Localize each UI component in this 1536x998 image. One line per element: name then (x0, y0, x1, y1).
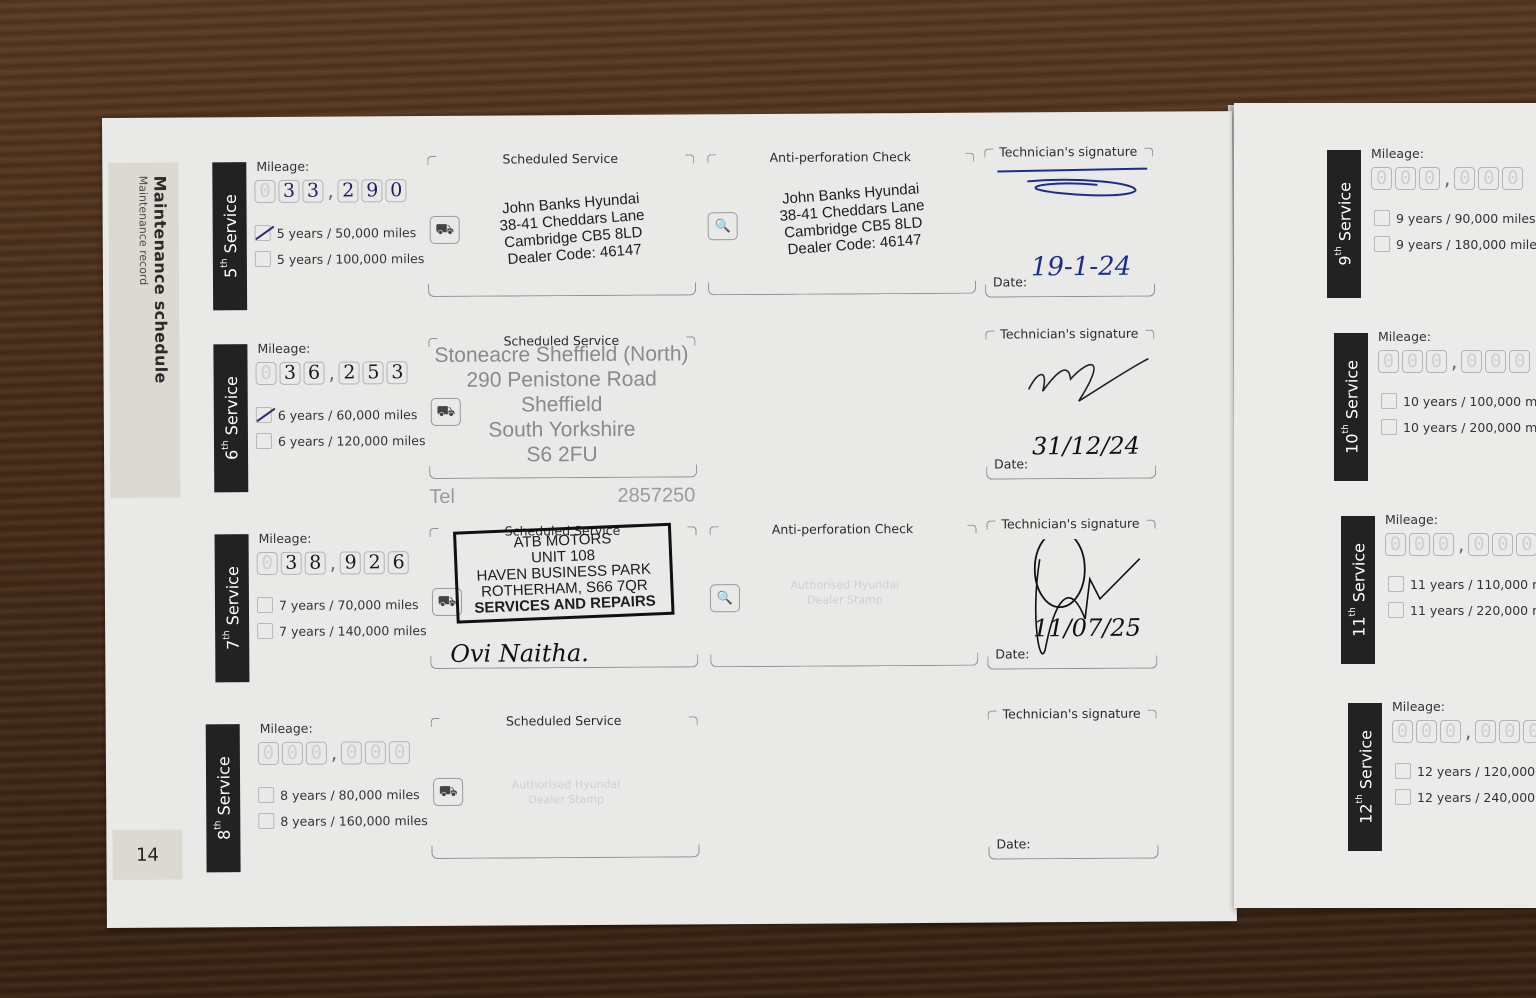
checkbox[interactable] (255, 225, 271, 241)
anti-perforation-box-frame (708, 281, 976, 296)
checkbox[interactable] (257, 623, 273, 639)
service-rows: 5th ServiceMileage:033,2905 years / 50,0… (102, 111, 1232, 118)
service-label: 9th Service (1334, 182, 1354, 266)
mileage-digit[interactable]: 0 (1509, 350, 1530, 373)
interval-option-label: 8 years / 160,000 miles (280, 813, 428, 829)
service-row-8: 8th ServiceMileage:000,0008 years / 80,0… (105, 673, 1236, 860)
technician-signature-box-title: Technician's signature (988, 706, 1156, 722)
anti-perforation-box-title: Anti-perforation Check (707, 149, 973, 166)
mileage-digit[interactable]: 0 (1454, 167, 1475, 190)
mileage-digit[interactable]: 0 (258, 741, 279, 764)
technician-signature-box-title: Technician's signature (985, 326, 1153, 342)
dealer-stamp-line: 290 Penistone Road (422, 366, 702, 393)
mileage-digit[interactable]: 0 (1378, 350, 1399, 373)
mileage-digit[interactable]: 0 (1395, 167, 1416, 190)
mileage-field[interactable]: 038,926 (257, 550, 410, 575)
mileage-digit[interactable]: 9 (340, 551, 361, 574)
car-lift-icon: ⛟ (430, 216, 460, 244)
interval-option-label: 6 years / 60,000 miles (278, 407, 418, 423)
mileage-comma: , (1451, 349, 1457, 373)
service-label-tab: 10th Service (1334, 333, 1368, 481)
interval-option[interactable]: 5 years / 100,000 miles (255, 250, 425, 267)
mileage-digit[interactable]: 6 (303, 361, 324, 384)
interval-option-label: 6 years / 120,000 miles (278, 433, 426, 449)
mileage-digit[interactable]: 0 (365, 741, 386, 764)
scheduled-service-box-title: Scheduled Service (427, 150, 693, 167)
mileage-digit[interactable]: 0 (1475, 720, 1496, 743)
service-label-tab: 5th Service (212, 162, 247, 310)
mileage-label: Mileage: (1392, 699, 1445, 714)
mileage-comma: , (1444, 166, 1450, 190)
mileage-comma: , (1465, 719, 1471, 743)
mileage-digit[interactable]: 0 (1478, 167, 1499, 190)
service-row-5: 5th ServiceMileage:033,2905 years / 50,0… (102, 111, 1233, 298)
technician-signature (997, 167, 1147, 228)
technician-signature (1000, 539, 1150, 600)
interval-option[interactable]: 6 years / 60,000 miles (256, 406, 418, 423)
interval-option[interactable]: 5 years / 50,000 miles (255, 224, 417, 241)
mileage-field[interactable]: 000,000 (1385, 532, 1536, 556)
mileage-label: Mileage: (259, 531, 312, 546)
mileage-digit[interactable]: 3 (281, 551, 302, 574)
mileage-digit[interactable]: 6 (388, 551, 409, 574)
service-row-9: 9th ServiceMileage:000,0009 years / 90,0… (1234, 150, 1536, 330)
dealer-stamp-line: South Yorkshire (422, 416, 702, 443)
checkbox[interactable] (1381, 393, 1397, 409)
mileage-digit[interactable]: 9 (362, 179, 383, 202)
technician-signature-box-title: Technician's signature (986, 516, 1154, 532)
checkbox[interactable] (255, 251, 271, 267)
mileage-digit[interactable]: 0 (1392, 720, 1413, 743)
mileage-digit[interactable]: 0 (389, 741, 410, 764)
service-label: 5th Service (219, 194, 240, 278)
dealer-stamp-line: S6 2FU (422, 441, 702, 468)
mileage-field[interactable]: 000,000 (1371, 166, 1523, 190)
mileage-digit[interactable]: 0 (257, 551, 278, 574)
date-value: 19-1-24 (1031, 252, 1131, 283)
checkbox[interactable] (1388, 576, 1404, 592)
dealer-stamp-line: Stoneacre Sheffield (North) (421, 341, 701, 368)
mileage-label: Mileage: (260, 721, 313, 736)
interval-option-label: 5 years / 50,000 miles (277, 225, 417, 241)
mileage-digit[interactable]: 3 (278, 179, 299, 202)
interval-option-label: 12 years / 120,000 miles (1417, 764, 1536, 779)
mileage-digit[interactable]: 0 (1523, 720, 1536, 743)
interval-option-label: 5 years / 100,000 miles (277, 251, 425, 267)
interval-option-label: 9 years / 90,000 miles (1396, 211, 1536, 226)
interval-option[interactable]: 10 years / 100,000 miles (1381, 393, 1536, 409)
service-label: 6th Service (220, 376, 241, 460)
mileage-digit[interactable]: 3 (302, 179, 323, 202)
mileage-field[interactable]: 000,000 (1378, 349, 1530, 373)
car-lift-icon: ⛟ (433, 778, 463, 806)
mileage-digit[interactable]: 2 (338, 179, 359, 202)
mileage-digit[interactable]: 3 (387, 361, 408, 384)
checkbox[interactable] (258, 787, 274, 803)
scheduled-service-box-frame (431, 844, 699, 859)
date-value: 31/12/24 (1032, 432, 1140, 461)
mileage-field[interactable]: 033,290 (254, 178, 407, 203)
interval-option-label: 8 years / 80,000 miles (280, 787, 420, 803)
service-row-10: 10th ServiceMileage:000,00010 years / 10… (1234, 333, 1536, 513)
dealer-stamp-line: Sheffield (422, 391, 702, 418)
technician-signature-box-title: Technician's signature (984, 144, 1152, 160)
service-label: 11th Service (1348, 543, 1368, 637)
interval-option[interactable]: 7 years / 70,000 miles (257, 596, 419, 613)
mileage-digit[interactable]: 0 (1502, 167, 1523, 190)
scheduled-service-box-frame (428, 282, 696, 297)
service-row-11: 11th ServiceMileage:000,00011 years / 11… (1234, 516, 1536, 696)
mileage-field[interactable]: 000,000 (258, 740, 411, 765)
checkbox[interactable] (1395, 763, 1411, 779)
interval-option-label: 11 years / 220,000 miles (1410, 603, 1536, 618)
mileage-digit[interactable]: 0 (1385, 533, 1406, 556)
mileage-comma: , (330, 551, 337, 575)
interval-option[interactable]: 12 years / 240,000 miles (1395, 789, 1536, 805)
mileage-comma: , (328, 361, 335, 385)
mileage-digit[interactable]: 0 (1419, 167, 1440, 190)
mileage-digit[interactable]: 0 (1409, 533, 1430, 556)
anti-perforation-stamp: John Banks Hyundai38-41 Cheddars LaneCam… (740, 177, 965, 261)
dealer-stamp: Stoneacre Sheffield (North)290 Penistone… (421, 341, 702, 468)
date-label: Date: (996, 836, 1030, 851)
checkbox[interactable] (1395, 789, 1411, 805)
mileage-comma: , (1458, 532, 1464, 556)
interval-option[interactable]: 7 years / 140,000 miles (257, 622, 427, 639)
service-row-7: 7th ServiceMileage:038,9267 years / 70,0… (104, 483, 1235, 670)
mileage-digit[interactable]: 0 (254, 179, 275, 202)
mileage-digit[interactable]: 0 (1499, 720, 1520, 743)
mileage-label: Mileage: (256, 159, 309, 174)
service-row-12: 12th ServiceMileage:000,00012 years / 12… (1234, 703, 1536, 883)
checkbox[interactable] (256, 433, 272, 449)
interval-option-label: 11 years / 110,000 miles (1410, 577, 1536, 592)
service-label-tab: 8th Service (206, 724, 241, 872)
interval-option-label: 10 years / 100,000 miles (1403, 394, 1536, 409)
mileage-digit[interactable]: 0 (1426, 350, 1447, 373)
mileage-digit[interactable]: 0 (1485, 350, 1506, 373)
magnifier-icon: 🔍 (708, 212, 738, 240)
mileage-digit[interactable]: 0 (255, 361, 276, 384)
mileage-digit[interactable]: 2 (364, 551, 385, 574)
scheduled-service-box-title: Scheduled Service (431, 712, 697, 729)
interval-option-label: 12 years / 240,000 miles (1417, 790, 1536, 805)
date-label: Date: (994, 456, 1028, 471)
mileage-comma: , (327, 179, 334, 203)
left-page: Maintenance schedule Maintenance record … (102, 111, 1237, 928)
mileage-digit[interactable]: 0 (386, 179, 407, 202)
mileage-digit[interactable]: 5 (363, 361, 384, 384)
stamp-placeholder: Authorised HyundaiDealer Stamp (765, 577, 925, 608)
service-label-tab: 7th Service (215, 534, 250, 682)
mileage-label: Mileage: (257, 341, 310, 356)
mileage-digit[interactable]: 0 (282, 741, 303, 764)
mileage-digit[interactable]: 0 (1516, 533, 1536, 556)
mileage-digit[interactable]: 0 (1468, 533, 1489, 556)
mileage-digit[interactable]: 0 (1461, 350, 1482, 373)
dealer-stamp: John Banks Hyundai38-41 Cheddars LaneCam… (460, 187, 685, 271)
interval-option[interactable]: 8 years / 160,000 miles (258, 812, 428, 829)
magnifier-icon: 🔍 (710, 584, 740, 612)
service-label: 10th Service (1341, 360, 1361, 454)
mileage-label: Mileage: (1378, 329, 1431, 344)
service-label-tab: 6th Service (213, 344, 248, 492)
service-label: 12th Service (1355, 730, 1375, 824)
mileage-digit[interactable]: 0 (1371, 167, 1392, 190)
mileage-digit[interactable]: 0 (1433, 533, 1454, 556)
date-label: Date: (993, 274, 1027, 289)
anti-perforation-box-title: Anti-perforation Check (709, 521, 975, 538)
service-label-tab: 12th Service (1348, 703, 1382, 851)
interval-option[interactable]: 9 years / 90,000 miles (1374, 210, 1536, 226)
mileage-digit[interactable]: 8 (305, 551, 326, 574)
interval-option[interactable]: 6 years / 120,000 miles (256, 432, 426, 449)
interval-option[interactable]: 10 years / 200,000 miles (1381, 419, 1536, 435)
interval-option-label: 7 years / 70,000 miles (279, 597, 419, 613)
checkbox[interactable] (1374, 210, 1390, 226)
service-row-6: 6th ServiceMileage:036,2536 years / 60,0… (103, 293, 1234, 480)
mileage-digit[interactable]: 0 (306, 741, 327, 764)
checkbox[interactable] (258, 813, 274, 829)
technician-signature (998, 349, 1148, 410)
checkbox[interactable] (257, 597, 273, 613)
mileage-label: Mileage: (1371, 146, 1424, 161)
service-label: 8th Service (213, 756, 234, 840)
stamp-placeholder: Authorised HyundaiDealer Stamp (486, 777, 646, 808)
interval-option[interactable]: 11 years / 220,000 miles (1388, 602, 1536, 618)
service-label-tab: 9th Service (1327, 150, 1361, 298)
interval-option-label: 7 years / 140,000 miles (279, 623, 427, 639)
service-label: 7th Service (222, 566, 243, 650)
mileage-digit[interactable]: 0 (1492, 533, 1513, 556)
mileage-field[interactable]: 036,253 (255, 360, 408, 385)
checkbox[interactable] (1388, 602, 1404, 618)
technician-handwriting: Ovi Naitha. (450, 639, 589, 668)
mileage-digit[interactable]: 0 (1402, 350, 1423, 373)
interval-option[interactable]: 9 years / 180,000 miles (1374, 236, 1536, 252)
mileage-digit[interactable]: 2 (339, 361, 360, 384)
checkbox[interactable] (1381, 419, 1397, 435)
mileage-digit[interactable]: 0 (341, 741, 362, 764)
interval-option[interactable]: 8 years / 80,000 miles (258, 786, 420, 803)
mileage-comma: , (331, 741, 338, 765)
mileage-digit[interactable]: 3 (279, 361, 300, 384)
dealer-stamp: ATB MOTORSUNIT 108HAVEN BUSINESS PARKROT… (453, 523, 675, 624)
interval-option-label: 9 years / 180,000 miles (1396, 237, 1536, 252)
interval-option[interactable]: 12 years / 120,000 miles (1395, 763, 1536, 779)
interval-option-label: 10 years / 200,000 miles (1403, 420, 1536, 435)
anti-perforation-box-frame (710, 653, 978, 668)
service-label-tab: 11th Service (1341, 516, 1375, 664)
mileage-digit[interactable]: 0 (1440, 720, 1461, 743)
checkbox[interactable] (256, 407, 272, 423)
interval-option[interactable]: 11 years / 110,000 miles (1388, 576, 1536, 592)
mileage-label: Mileage: (1385, 512, 1438, 527)
mileage-digit[interactable]: 0 (1416, 720, 1437, 743)
right-page: 9th ServiceMileage:000,0009 years / 90,0… (1234, 103, 1536, 908)
mileage-field[interactable]: 000,000 (1392, 719, 1536, 743)
checkbox[interactable] (1374, 236, 1390, 252)
